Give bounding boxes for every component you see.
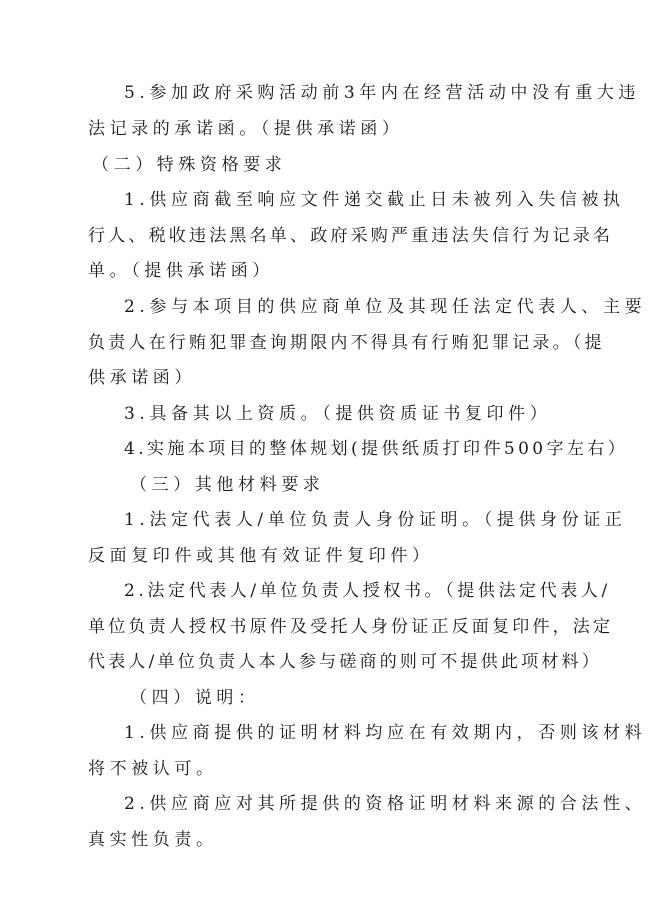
document-page: 5.参加政府采购活动前3年内在经营活动中没有重大违 法记录的承诺函。（提供承诺函…: [0, 0, 652, 916]
other-item-1-line-1: 1.法定代表人/单位负责人身份证明。（提供身份证正: [124, 508, 626, 532]
special-item-1-line-3: 单。（提供承诺函）: [88, 259, 274, 283]
paragraph-item-5-line-2: 法记录的承诺函。（提供承诺函）: [88, 117, 404, 141]
other-item-2-line-1: 2.法定代表人/单位负责人授权书。（提供法定代表人/: [124, 579, 611, 603]
special-item-2-line-3: 供承诺函）: [88, 366, 196, 390]
note-item-2-line-2: 真实性负责。: [88, 828, 218, 852]
section-heading-special-qualifications: （二）特殊资格要求: [92, 153, 286, 177]
other-item-2-line-3: 代表人/单位负责人本人参与磋商的则可不提供此项材料）: [88, 650, 602, 674]
note-item-1-line-2: 将不被认可。: [88, 757, 218, 781]
special-item-2-line-1: 2.参与本项目的供应商单位及其现任法定代表人、主要: [124, 295, 646, 319]
paragraph-item-5-line-1: 5.参加政府采购活动前3年内在经营活动中没有重大违: [124, 81, 640, 105]
special-item-4: 4.实施本项目的整体规划(提供纸质打印件500字左右）: [124, 437, 628, 461]
other-item-2-line-2: 单位负责人授权书原件及受托人身份证正反面复印件，法定: [88, 615, 613, 639]
other-item-1-line-2: 反面复印件或其他有效证件复印件）: [88, 544, 434, 568]
note-item-2-line-1: 2.供应商应对其所提供的资格证明材料来源的合法性、: [124, 792, 646, 816]
special-item-1-line-1: 1.供应商截至响应文件递交截止日未被列入失信被执: [124, 188, 625, 212]
section-heading-other-materials: （三）其他材料要求: [130, 473, 324, 497]
note-item-1-line-1: 1.供应商提供的证明材料均应在有效期内，否则该材料: [124, 721, 646, 745]
section-heading-notes: （四）说明：: [130, 686, 260, 710]
special-item-2-line-2: 负责人在行贿犯罪查询期限内不得具有行贿犯罪记录。（提: [88, 331, 605, 355]
special-item-3: 3.具备其以上资质。（提供资质证书复印件）: [124, 402, 551, 426]
special-item-1-line-2: 行人、税收违法黑名单、政府采购严重违法失信行为记录名: [88, 224, 613, 248]
